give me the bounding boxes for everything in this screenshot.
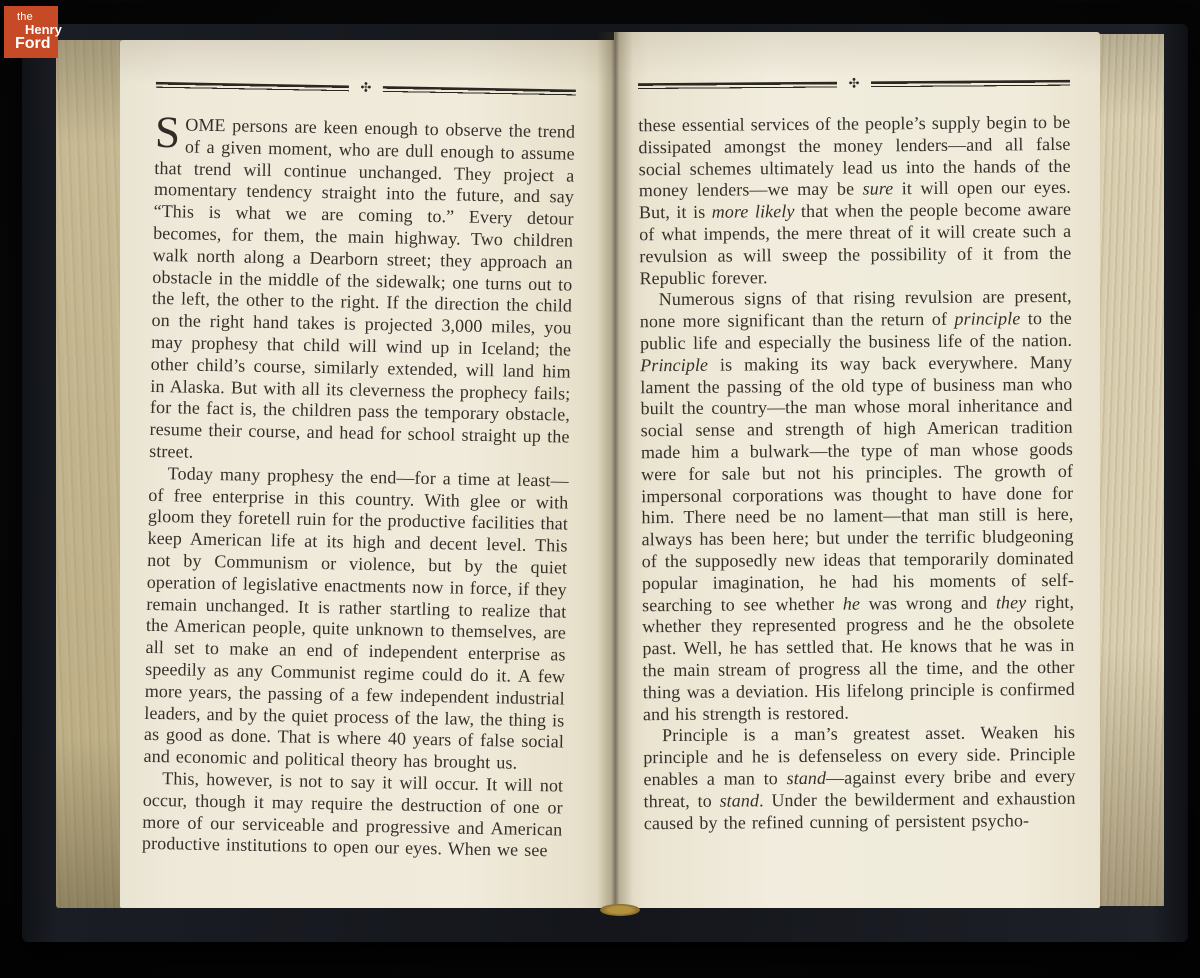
body-text: Today many prophesy the end—for a time a… [143, 463, 568, 773]
rule-line [871, 80, 1070, 88]
paragraph: Principle is a man’s greatest asset. Wea… [643, 722, 1076, 834]
ornament-rule-right: ✣ [638, 78, 1070, 91]
ornament-rule-left: ✣ [156, 80, 576, 98]
body-text: was wrong and [860, 592, 996, 613]
italic-text: they [996, 592, 1027, 612]
rule-line [156, 82, 349, 92]
book-page-left: ✣ SOME persons are keen enough to observ… [120, 40, 614, 908]
rule-line [383, 86, 576, 96]
italic-text: he [843, 593, 860, 613]
paragraph: Today many prophesy the end—for a time a… [143, 463, 569, 776]
page-text-right: these essential services of the people’s… [638, 112, 1076, 835]
italic-text: Principle [640, 354, 708, 375]
paragraph: Numerous signs of that rising revulsion … [640, 286, 1075, 725]
page-fore-edge-left [56, 40, 122, 908]
fleuron-icon: ✣ [360, 84, 371, 94]
paragraph: these essential services of the people’s… [638, 112, 1071, 290]
italic-text: sure [863, 179, 894, 199]
italic-text: principle [954, 308, 1020, 329]
italic-text: more likely [712, 201, 795, 222]
body-text: This, however, is not to say it will occ… [142, 768, 563, 860]
book-cover: ✣ SOME persons are keen enough to observ… [22, 24, 1188, 942]
rule-line [638, 82, 837, 90]
henry-ford-logo: the Henry Ford [4, 6, 58, 58]
body-text: is making its way back everywhere. Many … [640, 352, 1074, 615]
spine-headband [600, 904, 640, 916]
drop-cap: S [155, 114, 186, 151]
body-text: OME persons are keen enough to observe t… [149, 114, 575, 461]
page-text-left: SOME persons are keen enough to observe … [142, 114, 576, 863]
paragraph: This, however, is not to say it will occ… [142, 768, 564, 863]
book-photo: ✣ SOME persons are keen enough to observ… [0, 0, 1200, 978]
logo-text: Ford [15, 35, 51, 53]
book-page-right: ✣ these essential services of the people… [614, 32, 1100, 908]
italic-text: stand [719, 790, 759, 810]
page-fore-edge-right [1100, 34, 1164, 906]
paragraph: SOME persons are keen enough to observe … [149, 114, 575, 470]
fleuron-icon: ✣ [849, 80, 860, 90]
italic-text: stand [786, 768, 826, 788]
